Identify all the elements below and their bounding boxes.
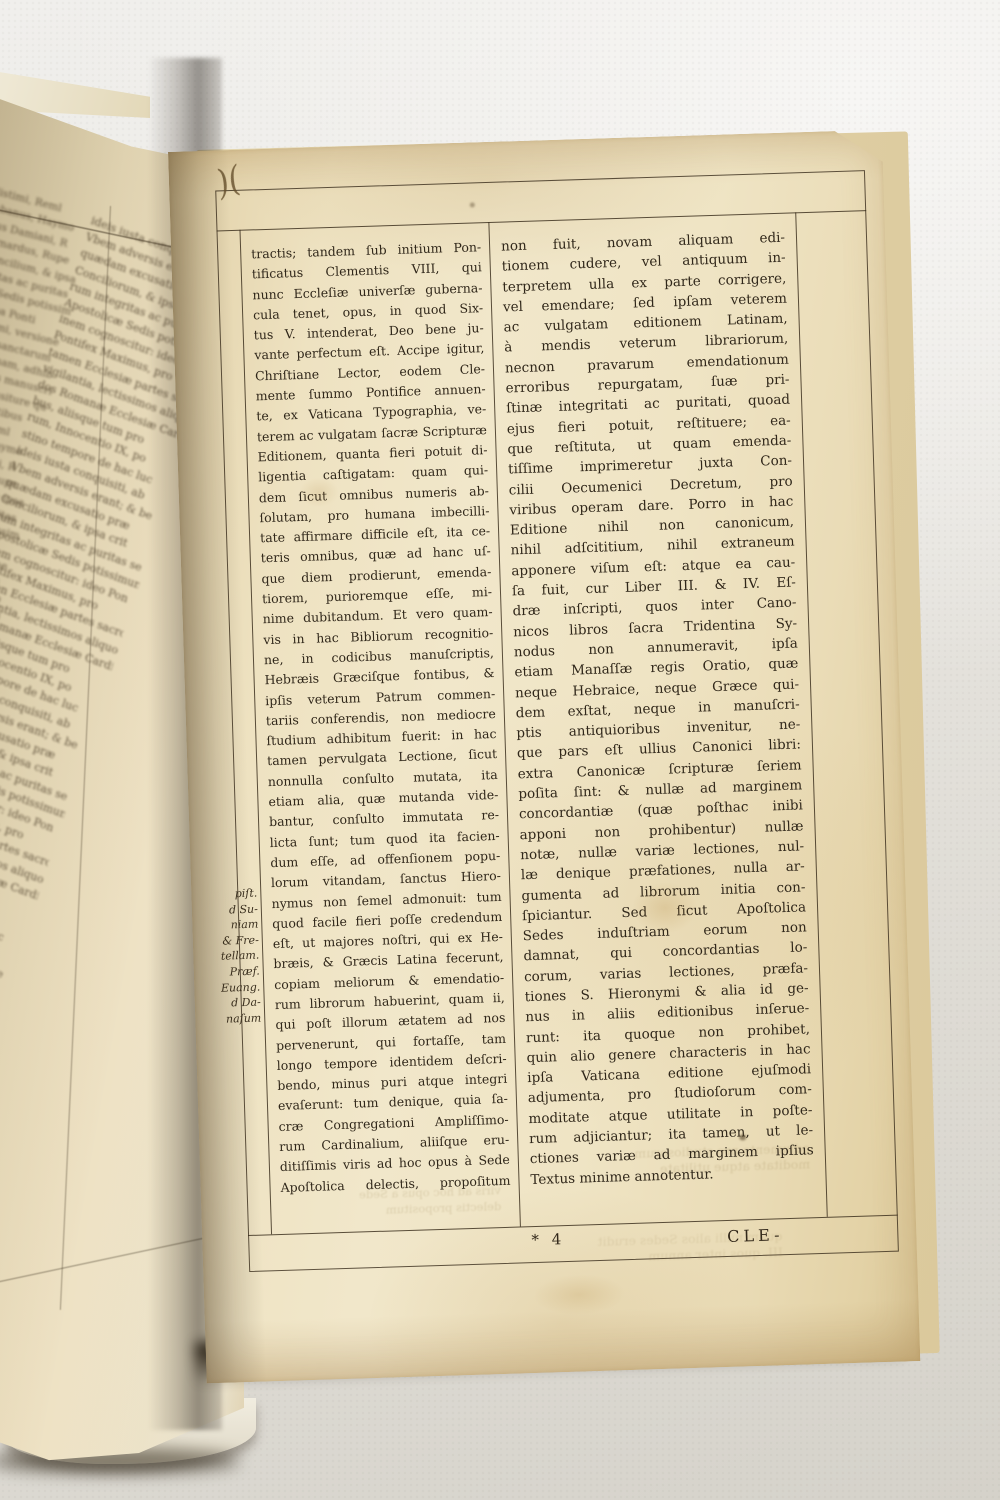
signature-mark: * 4 [498, 1229, 599, 1250]
right-page: )( adjumenta pro studiosorummoditate atq… [168, 130, 920, 1384]
photograph-of-open-antique-book: tis, fidelistimi, Remlbello, Rabanus, Ha… [0, 0, 1000, 1500]
text-column-right: non fuit, novam aliquam edi-tionem cuder… [501, 228, 815, 1190]
text-column-left: tractis; tandem ſub initium Pon-tificatu… [251, 237, 511, 1198]
paper-stain [533, 1273, 624, 1316]
marginal-note: piſt.d Su-niam& Fre-tellam.Præf.Euang.d … [195, 886, 261, 1028]
